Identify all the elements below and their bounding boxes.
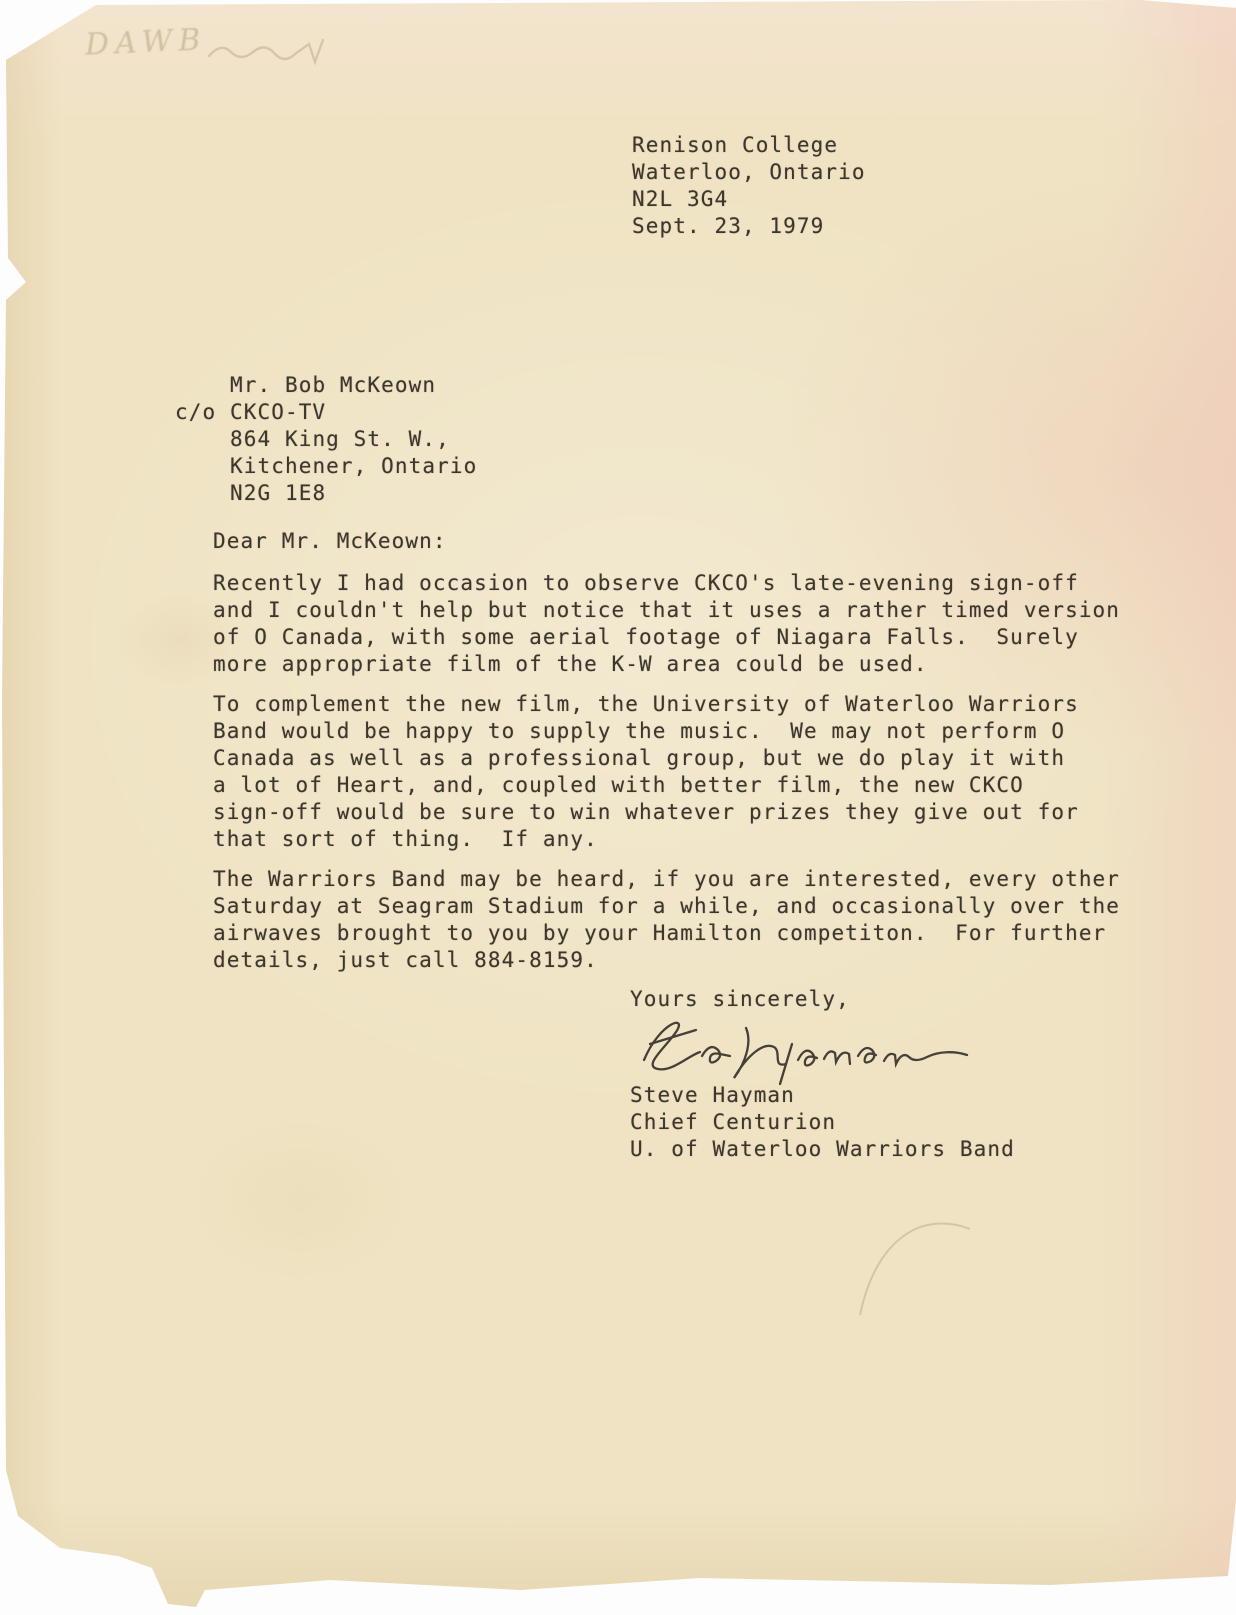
paper-crease-mark bbox=[850, 1215, 980, 1325]
body-paragraph-1: Recently I had occasion to observe CKCO'… bbox=[213, 570, 1120, 678]
recipient-address-block: Mr. Bob McKeown c/o CKCO-TV 864 King St.… bbox=[175, 372, 477, 507]
body-paragraph-2: To complement the new film, the Universi… bbox=[213, 691, 1079, 853]
body-paragraph-3: The Warriors Band may be heard, if you a… bbox=[213, 866, 1120, 974]
sender-address-block: Renison College Waterloo, Ontario N2L 3G… bbox=[632, 132, 866, 240]
signer-name-title-block: Steve Hayman Chief Centurion U. of Water… bbox=[630, 1082, 1015, 1163]
letter-scan: DAWB Renison College Waterloo, Ontario N… bbox=[0, 0, 1236, 1615]
salutation-line: Dear Mr. McKeown: bbox=[213, 528, 447, 555]
faint-pencil-inscription: DAWB bbox=[84, 22, 207, 62]
closing-line: Yours sincerely, bbox=[630, 986, 850, 1013]
pencil-scribble-icon bbox=[205, 32, 375, 72]
